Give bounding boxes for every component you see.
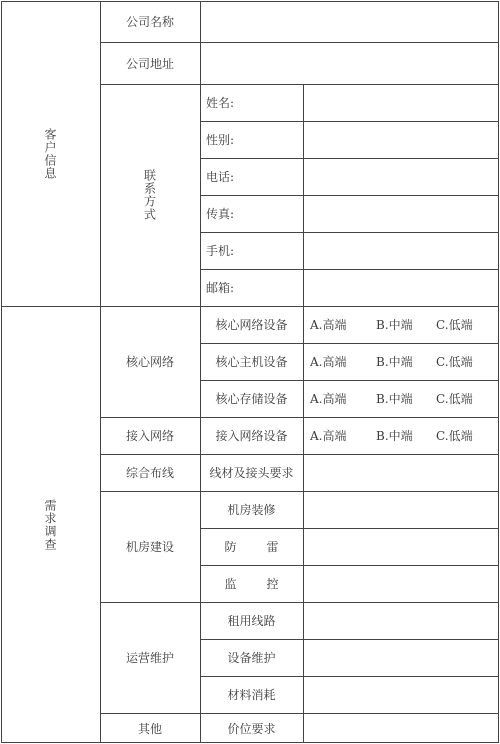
border-left [1, 1, 2, 743]
option-low[interactable]: C.低端 [436, 390, 473, 407]
option-high[interactable]: A.高端 [310, 353, 346, 370]
contact-label: 联系方式 [100, 84, 200, 306]
border-top [1, 1, 499, 2]
options-core-storage-device: A.高端 B.中端 C.低端 [303, 380, 498, 417]
item-core-network-device: 核心网络设备 [200, 306, 303, 343]
survey-form: 客户信息 公司名称 公司地址 联系方式 姓名: 性别: 电话: 传真: 手机: … [0, 0, 500, 744]
options-access-network-device: A.高端 B.中端 C.低端 [303, 417, 498, 454]
option-mid[interactable]: B.中端 [376, 316, 413, 333]
group-label-other: 其他 [100, 713, 200, 743]
row-line [100, 84, 498, 85]
option-low[interactable]: C.低端 [436, 316, 473, 333]
company-address-field[interactable] [200, 42, 498, 84]
contact-gender-label: 性别: [200, 121, 303, 158]
row-line [200, 121, 498, 122]
field-leased-line[interactable] [303, 602, 498, 639]
item-access-network-device: 接入网络设备 [200, 417, 303, 454]
row-line [100, 713, 498, 714]
group-label-server-room: 机房建设 [100, 491, 200, 602]
item-price-requirements: 价位要求 [200, 713, 303, 743]
row-line [200, 380, 498, 381]
option-high[interactable]: A.高端 [310, 316, 346, 333]
group-label-core-network: 核心网络 [100, 306, 200, 417]
contact-gender-field[interactable] [303, 121, 498, 158]
item-monitoring-a: 监 [224, 575, 236, 592]
item-core-storage-device: 核心存储设备 [200, 380, 303, 417]
row-line [200, 528, 498, 529]
row-line [200, 269, 498, 270]
item-monitoring: 监控 [200, 565, 303, 602]
row-line [200, 158, 498, 159]
item-monitoring-b: 控 [267, 575, 279, 592]
company-name-field[interactable] [200, 1, 498, 42]
col-line-3-lower [303, 306, 304, 743]
contact-phone-label: 电话: [200, 158, 303, 195]
option-high[interactable]: A.高端 [310, 427, 346, 444]
field-monitoring[interactable] [303, 565, 498, 602]
group-label-operations: 运营维护 [100, 602, 200, 713]
contact-email-label: 邮箱: [200, 269, 303, 306]
field-equipment-maintenance[interactable] [303, 639, 498, 676]
group-label-cabling: 综合布线 [100, 454, 200, 491]
field-room-decoration[interactable] [303, 491, 498, 528]
option-high[interactable]: A.高端 [310, 390, 346, 407]
section-divider [1, 306, 499, 307]
item-leased-line: 租用线路 [200, 602, 303, 639]
row-line [200, 676, 498, 677]
option-mid[interactable]: B.中端 [376, 353, 413, 370]
item-lightning-protection: 防雷 [200, 528, 303, 565]
item-equipment-maintenance: 设备维护 [200, 639, 303, 676]
options-core-host-device: A.高端 B.中端 C.低端 [303, 343, 498, 380]
row-line [200, 639, 498, 640]
options-core-network-device: A.高端 B.中端 C.低端 [303, 306, 498, 343]
option-low[interactable]: C.低端 [436, 353, 473, 370]
contact-phone-field[interactable] [303, 158, 498, 195]
field-cable-connector-requirements[interactable] [303, 454, 498, 491]
section-label-customer-info: 客户信息 [1, 1, 100, 306]
item-room-decoration: 机房装修 [200, 491, 303, 528]
item-cable-connector-requirements: 线材及接头要求 [200, 454, 303, 491]
section-label-requirements: 需求调查 [1, 306, 100, 743]
field-price-requirements[interactable] [303, 713, 498, 743]
row-line [200, 343, 498, 344]
item-material-consumption: 材料消耗 [200, 676, 303, 713]
contact-name-label: 姓名: [200, 84, 303, 121]
item-lightning-protection-a: 防 [224, 538, 236, 555]
contact-fax-field[interactable] [303, 195, 498, 232]
option-mid[interactable]: B.中端 [376, 427, 413, 444]
row-line [100, 491, 498, 492]
field-lightning-protection[interactable] [303, 528, 498, 565]
contact-email-field[interactable] [303, 269, 498, 306]
row-line [200, 195, 498, 196]
contact-name-field[interactable] [303, 84, 498, 121]
company-address-label: 公司地址 [100, 42, 200, 84]
contact-mobile-field[interactable] [303, 232, 498, 269]
border-right [498, 1, 499, 743]
col-line-2 [200, 1, 201, 743]
item-lightning-protection-b: 雷 [267, 538, 279, 555]
contact-fax-label: 传真: [200, 195, 303, 232]
group-label-access-network: 接入网络 [100, 417, 200, 454]
field-material-consumption[interactable] [303, 676, 498, 713]
row-line [100, 454, 498, 455]
option-low[interactable]: C.低端 [436, 427, 473, 444]
row-line [200, 565, 498, 566]
row-line [200, 232, 498, 233]
col-line-1 [100, 1, 101, 743]
row-line [100, 602, 498, 603]
contact-mobile-label: 手机: [200, 232, 303, 269]
company-name-label: 公司名称 [100, 1, 200, 42]
row-line [100, 417, 498, 418]
item-core-host-device: 核心主机设备 [200, 343, 303, 380]
option-mid[interactable]: B.中端 [376, 390, 413, 407]
border-bottom [1, 742, 499, 743]
row-line [100, 42, 498, 43]
